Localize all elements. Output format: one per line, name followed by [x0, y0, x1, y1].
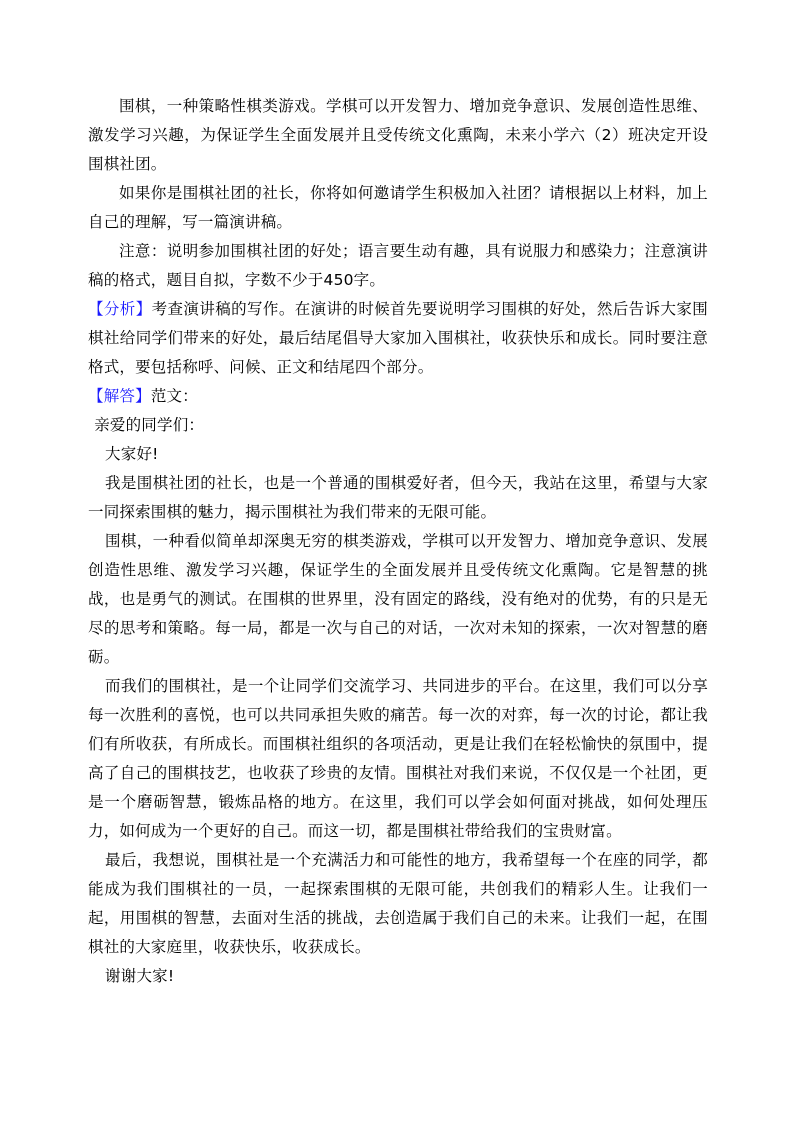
- answer-label: 【解答】: [88, 387, 151, 405]
- essay-paragraph-2: 围棋，一种看似简单却深奥无穷的棋类游戏，学棋可以开发智力、增加竞争意识、发展创造…: [88, 527, 708, 672]
- analysis-text: 考查演讲稿的写作。在演讲的时候首先要说明学习围棋的好处，然后告诉大家围棋社给同学…: [88, 300, 708, 376]
- essay-closing: 谢谢大家!: [88, 962, 708, 991]
- answer-section: 【解答】范文：: [88, 382, 708, 411]
- essay-paragraph-3: 而我们的围棋社，是一个让同学们交流学习、共同进步的平台。在这里，我们可以分享每一…: [88, 672, 708, 846]
- document-page: 围棋，一种策略性棋类游戏。学棋可以开发智力、增加竞争意识、发展创造性思维、激发学…: [88, 92, 708, 991]
- answer-text: 范文：: [151, 387, 198, 405]
- analysis-label: 【分析】: [88, 300, 152, 318]
- question-paragraph-3: 注意：说明参加围棋社团的好处；语言要生动有趣，具有说服力和感染力；注意演讲稿的格…: [88, 237, 708, 295]
- analysis-section: 【分析】考查演讲稿的写作。在演讲的时候首先要说明学习围棋的好处，然后告诉大家围棋…: [88, 295, 708, 382]
- essay-greeting: 大家好!: [88, 440, 708, 469]
- essay-salutation: 亲爱的同学们：: [88, 411, 708, 440]
- question-paragraph-1: 围棋，一种策略性棋类游戏。学棋可以开发智力、增加竞争意识、发展创造性思维、激发学…: [88, 92, 708, 179]
- essay-paragraph-1: 我是围棋社团的社长，也是一个普通的围棋爱好者，但今天，我站在这里，希望与大家一同…: [88, 469, 708, 527]
- question-paragraph-2: 如果你是围棋社团的社长，你将如何邀请学生积极加入社团？请根据以上材料，加上自己的…: [88, 179, 708, 237]
- essay-paragraph-4: 最后，我想说，围棋社是一个充满活力和可能性的地方，我希望每一个在座的同学，都能成…: [88, 846, 708, 962]
